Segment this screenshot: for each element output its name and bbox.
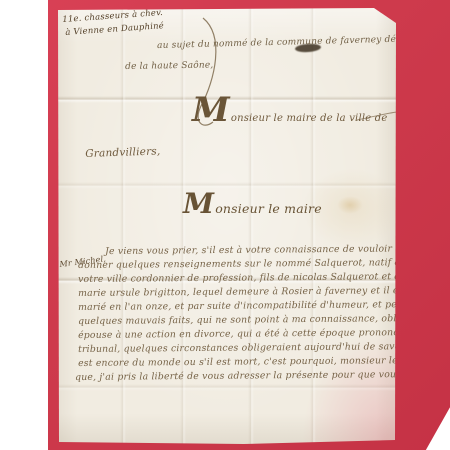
address-line-1: Monsieur le maire de la ville de: [192, 98, 387, 124]
letter-paper: 11e. chasseurs à chev. à Vienne en Dauph…: [57, 8, 396, 444]
docket-line-2: de la haute Saône,: [125, 60, 214, 72]
fold-crease-horizontal: [57, 384, 396, 391]
salutation: Monsieur le maire: [183, 194, 322, 216]
body-line: que, j'ai pris la liberté de vous adress…: [75, 368, 446, 385]
red-mat: 11e. chasseurs à chev. à Vienne en Dauph…: [48, 0, 450, 450]
address-line-2: Grandvilliers,: [85, 145, 161, 160]
paper-stain: [337, 196, 363, 214]
fold-crease-horizontal: [57, 182, 396, 189]
